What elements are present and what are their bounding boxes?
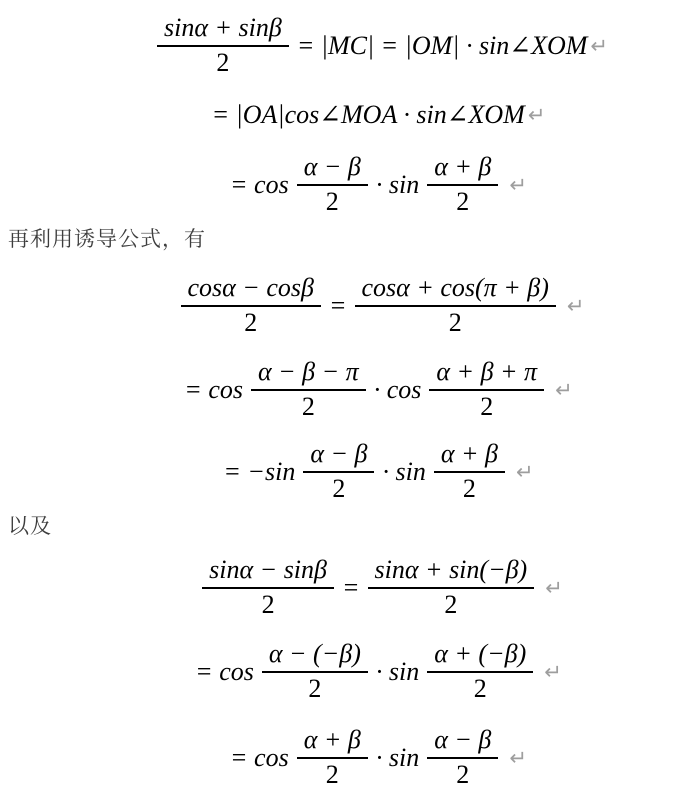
- fraction-numerator: α + β: [434, 440, 505, 471]
- fraction: sinα − sinβ2: [202, 556, 334, 619]
- fraction: α + β2: [434, 440, 505, 503]
- fraction-numerator: α − β: [303, 440, 374, 471]
- fraction-numerator: sinα − sinβ: [202, 556, 334, 587]
- fraction-numerator: α + β: [427, 153, 498, 184]
- fraction-denominator: 2: [262, 671, 368, 704]
- fraction-denominator: 2: [434, 471, 505, 504]
- math-text: = cos: [230, 170, 289, 200]
- paragraph-return-mark-icon: ↵: [509, 746, 527, 770]
- paragraph-and-also: 以及: [8, 510, 52, 540]
- equation-sin-diff-step-1: sinα − sinβ2=sinα + sin(−β)2↵: [0, 556, 681, 619]
- equation-sin-diff-step-3: = cosα + β2· sinα − β2↵: [0, 726, 681, 789]
- fraction: α − β2: [427, 726, 498, 789]
- math-text: = cos: [195, 657, 254, 687]
- fraction-denominator: 2: [297, 757, 368, 790]
- fraction-denominator: 2: [427, 757, 498, 790]
- fraction-numerator: α − β − π: [251, 358, 366, 389]
- fraction-numerator: α + β: [297, 726, 368, 757]
- paragraph-return-mark-icon: ↵: [528, 103, 546, 127]
- fraction-numerator: α + (−β): [427, 640, 533, 671]
- fraction-denominator: 2: [251, 389, 366, 422]
- fraction: cosα + cos(π + β)2: [355, 274, 556, 337]
- equation-sin-sum-step-1: sinα + sinβ2= |MC| = |OM| · sin∠XOM↵: [0, 14, 681, 77]
- fraction: sinα + sin(−β)2: [368, 556, 535, 619]
- math-text: = −sin: [223, 457, 295, 487]
- fraction: sinα + sinβ2: [157, 14, 289, 77]
- document-page: sinα + sinβ2= |MC| = |OM| · sin∠XOM↵= |O…: [0, 0, 681, 807]
- fraction-denominator: 2: [355, 305, 556, 338]
- math-text: = |MC| = |OM| · sin∠XOM: [297, 31, 588, 61]
- fraction-denominator: 2: [427, 671, 533, 704]
- paragraph-return-mark-icon: ↵: [544, 660, 562, 684]
- fraction: α + β + π2: [429, 358, 544, 421]
- fraction-numerator: α + β + π: [429, 358, 544, 389]
- fraction-numerator: cosα + cos(π + β): [355, 274, 556, 305]
- fraction-denominator: 2: [368, 587, 535, 620]
- fraction-numerator: sinα + sin(−β): [368, 556, 535, 587]
- fraction-numerator: α − β: [297, 153, 368, 184]
- fraction: α − (−β)2: [262, 640, 368, 703]
- math-text: = cos: [230, 743, 289, 773]
- equation-cos-diff-step-3: = −sinα − β2· sinα + β2↵: [0, 440, 681, 503]
- fraction-denominator: 2: [427, 184, 498, 217]
- math-text: · sin: [376, 170, 419, 200]
- fraction: α − β − π2: [251, 358, 366, 421]
- equation-sin-diff-step-2: = cosα − (−β)2· sinα + (−β)2↵: [0, 640, 681, 703]
- fraction-numerator: α − (−β): [262, 640, 368, 671]
- math-text: · cos: [374, 375, 422, 405]
- math-text: = |OA|cos∠MOA · sin∠XOM: [212, 100, 525, 130]
- equation-sin-sum-step-2: = |OA|cos∠MOA · sin∠XOM↵: [0, 100, 681, 130]
- math-text: · sin: [382, 457, 425, 487]
- fraction-denominator: 2: [297, 184, 368, 217]
- fraction-numerator: cosα − cosβ: [181, 274, 321, 305]
- fraction: α − β2: [297, 153, 368, 216]
- math-text: · sin: [376, 743, 419, 773]
- equation-cos-diff-step-1: cosα − cosβ2=cosα + cos(π + β)2↵: [0, 274, 681, 337]
- fraction-denominator: 2: [429, 389, 544, 422]
- paragraph-return-mark-icon: ↵: [590, 34, 608, 58]
- equation-cos-diff-step-2: = cosα − β − π2· cosα + β + π2↵: [0, 358, 681, 421]
- fraction-numerator: α − β: [427, 726, 498, 757]
- paragraph-return-mark-icon: ↵: [555, 378, 573, 402]
- paragraph-return-mark-icon: ↵: [516, 460, 534, 484]
- paragraph-induction-formula: 再利用诱导公式，有: [8, 223, 206, 253]
- math-text: =: [342, 573, 360, 603]
- fraction: α + β2: [427, 153, 498, 216]
- paragraph-return-mark-icon: ↵: [509, 173, 527, 197]
- math-text: =: [329, 291, 347, 321]
- fraction: α + (−β)2: [427, 640, 533, 703]
- paragraph-return-mark-icon: ↵: [567, 294, 585, 318]
- fraction-denominator: 2: [157, 45, 289, 78]
- fraction: cosα − cosβ2: [181, 274, 321, 337]
- fraction: α − β2: [303, 440, 374, 503]
- math-text: = cos: [184, 375, 243, 405]
- fraction-denominator: 2: [202, 587, 334, 620]
- fraction-denominator: 2: [181, 305, 321, 338]
- equation-sin-sum-step-3: = cosα − β2· sinα + β2↵: [0, 153, 681, 216]
- fraction-numerator: sinα + sinβ: [157, 14, 289, 45]
- fraction-denominator: 2: [303, 471, 374, 504]
- math-text: · sin: [376, 657, 419, 687]
- paragraph-return-mark-icon: ↵: [545, 576, 563, 600]
- fraction: α + β2: [297, 726, 368, 789]
